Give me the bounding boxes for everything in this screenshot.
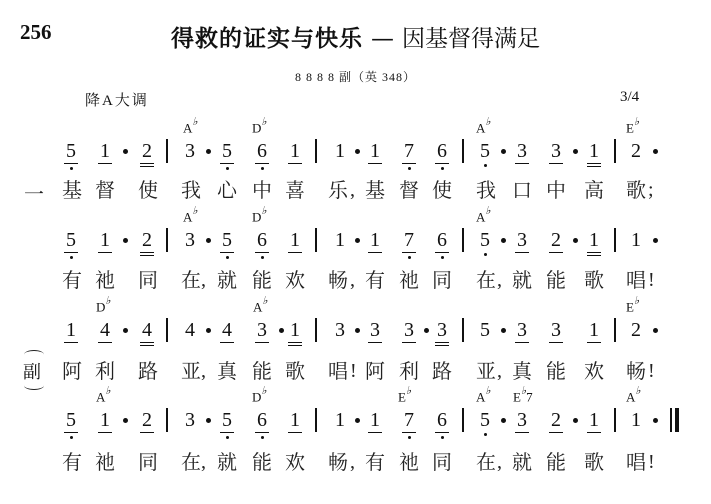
underline-beam <box>549 432 563 433</box>
lyric-syllable: 欢 <box>283 450 307 474</box>
flat-icon: ♭ <box>105 295 110 307</box>
note-degree: 3 <box>517 140 527 162</box>
chord-symbol: D♭ <box>252 207 267 223</box>
final-barline-thin <box>670 408 672 432</box>
low-octave-dot <box>70 436 73 439</box>
note: 5 <box>475 319 495 341</box>
note-degree: 3 <box>185 140 195 162</box>
underline-beam <box>587 166 601 167</box>
time-signature: 3/4 <box>620 89 639 106</box>
barline <box>462 228 464 252</box>
note: 1 <box>584 229 604 251</box>
underline-beam <box>98 342 112 343</box>
note: 2 <box>626 319 646 341</box>
lyric-punctuation: ! <box>648 268 655 292</box>
note-degree: 3 <box>335 319 345 341</box>
note-degree: 2 <box>551 409 561 431</box>
low-octave-dot <box>70 256 73 259</box>
note: 1 <box>365 229 385 251</box>
lyric-syllable: 唱 <box>326 359 350 383</box>
note: 1 <box>330 229 350 251</box>
note: 7 <box>399 140 419 162</box>
chord-root: A <box>183 120 192 135</box>
underline-beam <box>255 252 269 253</box>
barline <box>614 228 616 252</box>
flat-icon: ♭ <box>192 205 197 217</box>
underline-beam <box>515 252 529 253</box>
barline <box>462 139 464 163</box>
augmentation-dot <box>424 328 429 333</box>
lyric-syllable: 使 <box>136 178 160 202</box>
lyric-syllable: 使 <box>430 178 454 202</box>
lyric-punctuation: , <box>497 268 502 292</box>
title-main: 得救的证实与快乐 <box>171 26 363 52</box>
low-octave-dot <box>226 436 229 439</box>
note: 3 <box>432 319 452 341</box>
note: 6 <box>432 140 452 162</box>
note-degree: 5 <box>66 409 76 431</box>
note-degree: 4 <box>222 319 232 341</box>
lyric-syllable: 同 <box>136 450 160 474</box>
underline-beam <box>140 252 154 253</box>
meter-info: 8 8 8 8 副（英 348） <box>0 68 711 85</box>
underline-beam <box>288 345 302 346</box>
lyric-syllable: 在 <box>179 268 203 292</box>
note-degree: 3 <box>517 229 527 251</box>
flat-icon: ♭ <box>635 385 640 397</box>
augmentation-dot <box>206 418 211 423</box>
note-degree: 5 <box>480 409 490 431</box>
lyric-syllable: 喜 <box>283 178 307 202</box>
note-degree: 1 <box>335 229 345 251</box>
lyric-syllable: 能 <box>250 450 274 474</box>
note: 1 <box>330 409 350 431</box>
lyric-punctuation: , <box>350 178 355 202</box>
underline-beam <box>140 166 154 167</box>
augmentation-dot <box>206 328 211 333</box>
note: 1 <box>285 319 305 341</box>
chord-symbol: E♭ <box>626 118 639 134</box>
underline-beam <box>587 432 601 433</box>
note-degree: 6 <box>437 229 447 251</box>
note: 3 <box>180 140 200 162</box>
underline-beam <box>435 252 449 253</box>
note-degree: 7 <box>404 229 414 251</box>
note-degree: 6 <box>257 140 267 162</box>
lyric-punctuation: , <box>201 268 206 292</box>
note: 2 <box>546 409 566 431</box>
note-degree: 7 <box>404 140 414 162</box>
underline-beam <box>220 342 234 343</box>
note-degree: 1 <box>589 140 599 162</box>
lyric-syllable: 阿 <box>363 359 387 383</box>
note-degree: 2 <box>142 229 152 251</box>
note: 3 <box>512 140 532 162</box>
lyric-syllable: 路 <box>430 359 454 383</box>
lyric-syllable: 督 <box>93 178 117 202</box>
lyric-punctuation: ! <box>350 359 357 383</box>
lyric-syllable: 能 <box>544 268 568 292</box>
flat-icon: ♭ <box>406 385 411 397</box>
augmentation-dot <box>206 238 211 243</box>
lyric-syllable: 欢 <box>283 268 307 292</box>
note: 1 <box>61 319 81 341</box>
note-degree: 5 <box>222 409 232 431</box>
lyric-punctuation: ! <box>648 359 655 383</box>
underline-beam <box>402 163 416 164</box>
note: 6 <box>432 229 452 251</box>
chord-symbol: A♭ <box>626 387 641 403</box>
barline <box>166 228 168 252</box>
note-degree: 5 <box>480 319 490 341</box>
underline-beam <box>515 342 529 343</box>
underline-beam <box>515 432 529 433</box>
underline-beam <box>140 255 154 256</box>
lyric-syllable: 基 <box>60 178 84 202</box>
lyric-syllable: 畅 <box>624 359 648 383</box>
note: 3 <box>512 409 532 431</box>
note-degree: 1 <box>370 229 380 251</box>
note: 5 <box>61 229 81 251</box>
lyric-syllable: 就 <box>215 450 239 474</box>
lyric-syllable: 利 <box>93 359 117 383</box>
underline-beam <box>288 432 302 433</box>
note-degree: 5 <box>66 140 76 162</box>
note-degree: 5 <box>480 229 490 251</box>
lyric-syllable: 高 <box>582 178 606 202</box>
lyric-syllable: 在 <box>474 450 498 474</box>
augmentation-dot <box>653 418 658 423</box>
flat-icon: ♭ <box>485 205 490 217</box>
note: 3 <box>399 319 419 341</box>
underline-beam <box>64 252 78 253</box>
low-octave-dot <box>408 256 411 259</box>
note-degree: 6 <box>437 140 447 162</box>
low-octave-dot <box>441 167 444 170</box>
flat-icon: ♭ <box>192 116 197 128</box>
flat-icon: ♭ <box>262 295 267 307</box>
barline <box>614 408 616 432</box>
barline <box>166 318 168 342</box>
underline-beam <box>435 432 449 433</box>
chord-symbol: A♭ <box>253 297 268 313</box>
underline-beam <box>140 342 154 343</box>
underline-beam <box>98 163 112 164</box>
augmentation-dot <box>355 418 360 423</box>
barline <box>614 139 616 163</box>
title-dash: — <box>371 26 394 52</box>
note: 3 <box>512 319 532 341</box>
low-octave-dot <box>226 256 229 259</box>
lyric-punctuation: , <box>497 359 502 383</box>
underline-beam <box>255 342 269 343</box>
lyric-syllable: 路 <box>136 359 160 383</box>
note-degree: 1 <box>589 319 599 341</box>
barline <box>315 139 317 163</box>
lyric-syllable: 能 <box>250 268 274 292</box>
note: 6 <box>252 229 272 251</box>
chord-root: D <box>252 120 261 135</box>
note-degree: 3 <box>185 229 195 251</box>
chord-root: E <box>626 299 634 314</box>
note-degree: 5 <box>66 229 76 251</box>
chord-symbol: A♭ <box>476 207 491 223</box>
lyric-syllable: 能 <box>544 450 568 474</box>
augmentation-dot <box>355 328 360 333</box>
lyric-syllable: 歌 <box>283 359 307 383</box>
underline-beam <box>140 432 154 433</box>
flat-icon: ♭ <box>634 116 639 128</box>
note: 4 <box>95 319 115 341</box>
note: 3 <box>330 319 350 341</box>
augmentation-dot <box>123 418 128 423</box>
underline-beam <box>98 432 112 433</box>
chord-root: D <box>252 209 261 224</box>
augmentation-dot <box>501 149 506 154</box>
underline-beam <box>587 255 601 256</box>
lyric-syllable: 口 <box>510 178 534 202</box>
lyric-syllable: 阿 <box>60 359 84 383</box>
low-octave-dot <box>441 436 444 439</box>
note: 3 <box>512 229 532 251</box>
chord-root: A <box>476 120 485 135</box>
note: 5 <box>217 140 237 162</box>
verse-number: 一 <box>24 178 44 207</box>
lyric-syllable: 我 <box>179 178 203 202</box>
note-degree: 4 <box>142 319 152 341</box>
note-degree: 4 <box>100 319 110 341</box>
underline-beam <box>368 163 382 164</box>
note: 2 <box>626 140 646 162</box>
underline-beam <box>288 163 302 164</box>
low-octave-dot <box>484 433 487 436</box>
note: 1 <box>285 409 305 431</box>
note-degree: 1 <box>290 140 300 162</box>
flat-icon: ♭ <box>634 295 639 307</box>
low-octave-dot <box>261 436 264 439</box>
lyric-syllable: 祂 <box>93 450 117 474</box>
note-degree: 1 <box>290 319 300 341</box>
underline-beam <box>368 342 382 343</box>
chord-root: A <box>183 209 192 224</box>
lyric-syllable: 祂 <box>93 268 117 292</box>
chord-symbol: A♭ <box>183 207 198 223</box>
chord-root: A <box>476 209 485 224</box>
note-degree: 1 <box>290 229 300 251</box>
lyric-syllable: 在 <box>474 268 498 292</box>
low-octave-dot <box>261 256 264 259</box>
note-degree: 1 <box>66 319 76 341</box>
lyric-syllable: 唱 <box>624 268 648 292</box>
chord-symbol: E♭ <box>626 297 639 313</box>
augmentation-dot <box>573 418 578 423</box>
chord-symbol: D♭ <box>96 297 111 313</box>
low-octave-dot <box>441 256 444 259</box>
note: 1 <box>584 140 604 162</box>
note: 1 <box>285 140 305 162</box>
barline <box>462 318 464 342</box>
lyric-syllable: 祂 <box>397 268 421 292</box>
lyric-syllable: 歌 <box>624 178 648 202</box>
note-degree: 3 <box>370 319 380 341</box>
underline-beam <box>587 163 601 164</box>
lyric-syllable: 中 <box>250 178 274 202</box>
underline-beam <box>368 252 382 253</box>
chord-symbol: D♭ <box>252 387 267 403</box>
lyric-syllable: 督 <box>397 178 421 202</box>
barline <box>614 318 616 342</box>
lyric-syllable: 能 <box>544 359 568 383</box>
note: 5 <box>61 409 81 431</box>
underline-beam <box>549 252 563 253</box>
note-degree: 1 <box>631 409 641 431</box>
refrain-marker: 副 <box>22 350 48 390</box>
note-degree: 1 <box>589 229 599 251</box>
note: 5 <box>217 409 237 431</box>
note: 7 <box>399 409 419 431</box>
lyric-punctuation: , <box>497 450 502 474</box>
note-degree: 3 <box>517 319 527 341</box>
flat-icon: ♭ <box>261 385 266 397</box>
note: 3 <box>365 319 385 341</box>
underline-beam <box>288 342 302 343</box>
note: 2 <box>137 409 157 431</box>
low-octave-dot <box>484 164 487 167</box>
note: 1 <box>365 140 385 162</box>
note-degree: 2 <box>631 319 641 341</box>
low-octave-dot <box>261 167 264 170</box>
chord-symbol: A♭ <box>476 387 491 403</box>
lyric-punctuation: , <box>350 450 355 474</box>
augmentation-dot <box>123 328 128 333</box>
note-degree: 1 <box>290 409 300 431</box>
augmentation-dot <box>501 418 506 423</box>
note: 3 <box>252 319 272 341</box>
note: 1 <box>365 409 385 431</box>
note: 3 <box>180 409 200 431</box>
note-degree: 1 <box>631 229 641 251</box>
flat-icon: ♭ <box>485 385 490 397</box>
lyric-syllable: 就 <box>510 268 534 292</box>
note-degree: 6 <box>437 409 447 431</box>
underline-beam <box>288 252 302 253</box>
note-degree: 3 <box>185 409 195 431</box>
note: 6 <box>252 409 272 431</box>
augmentation-dot <box>653 328 658 333</box>
note: 2 <box>546 229 566 251</box>
note-degree: 3 <box>257 319 267 341</box>
augmentation-dot <box>653 149 658 154</box>
low-octave-dot <box>484 253 487 256</box>
note-degree: 1 <box>370 140 380 162</box>
flat-icon: ♭ <box>521 385 526 397</box>
underline-beam <box>402 252 416 253</box>
lyric-syllable: 有 <box>363 450 387 474</box>
note: 5 <box>475 229 495 251</box>
lyric-syllable: 畅 <box>326 450 350 474</box>
lyric-syllable: 欢 <box>582 359 606 383</box>
lyric-syllable: 亚 <box>474 359 498 383</box>
underline-beam <box>402 432 416 433</box>
underline-beam <box>140 163 154 164</box>
note-degree: 6 <box>257 229 267 251</box>
lyric-syllable: 歌 <box>582 268 606 292</box>
key-signature: 降A大调 <box>85 89 149 110</box>
chord-root: A <box>96 389 105 404</box>
underline-beam <box>587 252 601 253</box>
note: 4 <box>217 319 237 341</box>
underline-beam <box>435 342 449 343</box>
chord-root: E <box>513 389 521 404</box>
augmentation-dot <box>501 238 506 243</box>
lyric-syllable: 基 <box>363 178 387 202</box>
lyric-syllable: 我 <box>474 178 498 202</box>
augmentation-dot <box>653 238 658 243</box>
underline-beam <box>140 345 154 346</box>
augmentation-dot <box>355 238 360 243</box>
underline-beam <box>435 345 449 346</box>
lyric-syllable: 真 <box>510 359 534 383</box>
note-degree: 5 <box>222 140 232 162</box>
augmentation-dot <box>123 149 128 154</box>
title-subtitle: 因基督得满足 <box>402 26 540 52</box>
lyric-punctuation: , <box>201 359 206 383</box>
chord-root: D <box>252 389 261 404</box>
note: 1 <box>95 229 115 251</box>
underline-beam <box>255 163 269 164</box>
note: 1 <box>95 409 115 431</box>
note: 5 <box>475 409 495 431</box>
underline-beam <box>435 163 449 164</box>
underline-beam <box>402 342 416 343</box>
barline <box>315 408 317 432</box>
flat-icon: ♭ <box>105 385 110 397</box>
barline <box>315 228 317 252</box>
chord-extension: 7 <box>526 389 533 404</box>
underline-beam <box>587 342 601 343</box>
note-degree: 2 <box>551 229 561 251</box>
chord-root: D <box>96 299 105 314</box>
note-degree: 1 <box>589 409 599 431</box>
lyric-syllable: 畅 <box>326 268 350 292</box>
chord-root: A <box>626 389 635 404</box>
chord-symbol: E♭7 <box>513 387 533 403</box>
refrain-bracket-bottom <box>24 381 44 390</box>
underline-beam <box>255 432 269 433</box>
note-degree: 2 <box>142 140 152 162</box>
underline-beam <box>549 342 563 343</box>
lyric-syllable: 在 <box>179 450 203 474</box>
augmentation-dot <box>206 149 211 154</box>
note-degree: 7 <box>404 409 414 431</box>
lyric-punctuation: ! <box>648 450 655 474</box>
barline <box>315 318 317 342</box>
underline-beam <box>515 163 529 164</box>
augmentation-dot <box>279 328 284 333</box>
note: 2 <box>137 140 157 162</box>
note-degree: 1 <box>335 409 345 431</box>
note-degree: 1 <box>370 409 380 431</box>
note: 2 <box>137 229 157 251</box>
lyric-syllable: 中 <box>544 178 568 202</box>
note-degree: 3 <box>517 409 527 431</box>
note: 5 <box>217 229 237 251</box>
flat-icon: ♭ <box>485 116 490 128</box>
note: 3 <box>546 140 566 162</box>
low-octave-dot <box>408 436 411 439</box>
note-degree: 1 <box>335 140 345 162</box>
note-degree: 5 <box>480 140 490 162</box>
